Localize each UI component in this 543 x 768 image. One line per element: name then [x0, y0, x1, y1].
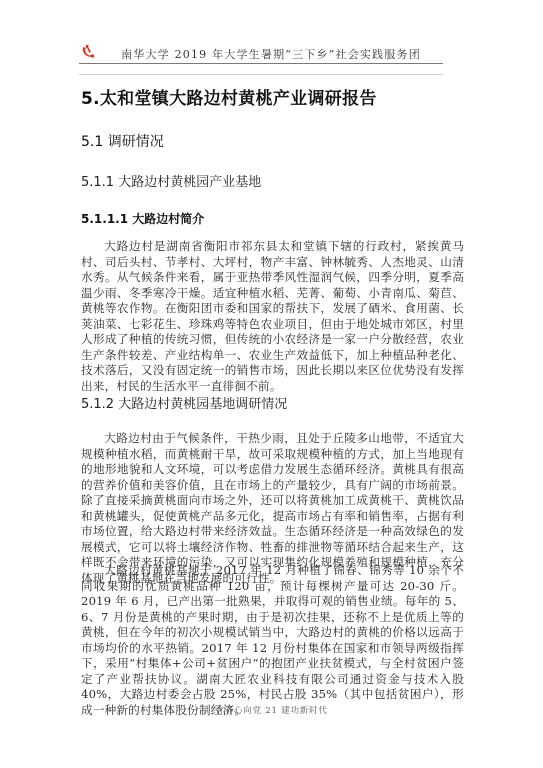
section-heading-5-1-1-1: 5.1.1.1 大路边村简介 [81, 210, 204, 227]
section-heading-5-1-1: 5.1.1 大路边村黄桃园产业基地 [81, 171, 261, 190]
header-rule-secondary [79, 74, 443, 75]
chapter-title: 5.太和堂镇大路边村黄桃产业调研报告 [81, 84, 377, 109]
paragraph-base-history: 大路边村黄桃基地于 2017 年 12 月种植了锦春、锦秀等 10 余个不同收果… [81, 563, 464, 718]
header-rule [79, 63, 443, 64]
paragraph-village-intro: 大路边村是湖南省衡阳市祁东县太和堂镇下辖的行政村，紧挨黄马村、司后头村、节孝村、… [81, 239, 464, 394]
page-footer: 青春心向党 21 建功新时代 [0, 704, 543, 716]
section-heading-5-1-2: 5.1.2 大路边村黄桃园基地调研情况 [81, 393, 287, 412]
section-heading-5-1: 5.1 调研情况 [81, 131, 164, 151]
document-page: 南华大学 2019 年大学生暑期“三下乡”社会实践服务团 5.太和堂镇大路边村黄… [0, 0, 543, 768]
page-header-title: 南华大学 2019 年大学生暑期“三下乡”社会实践服务团 [80, 46, 462, 62]
